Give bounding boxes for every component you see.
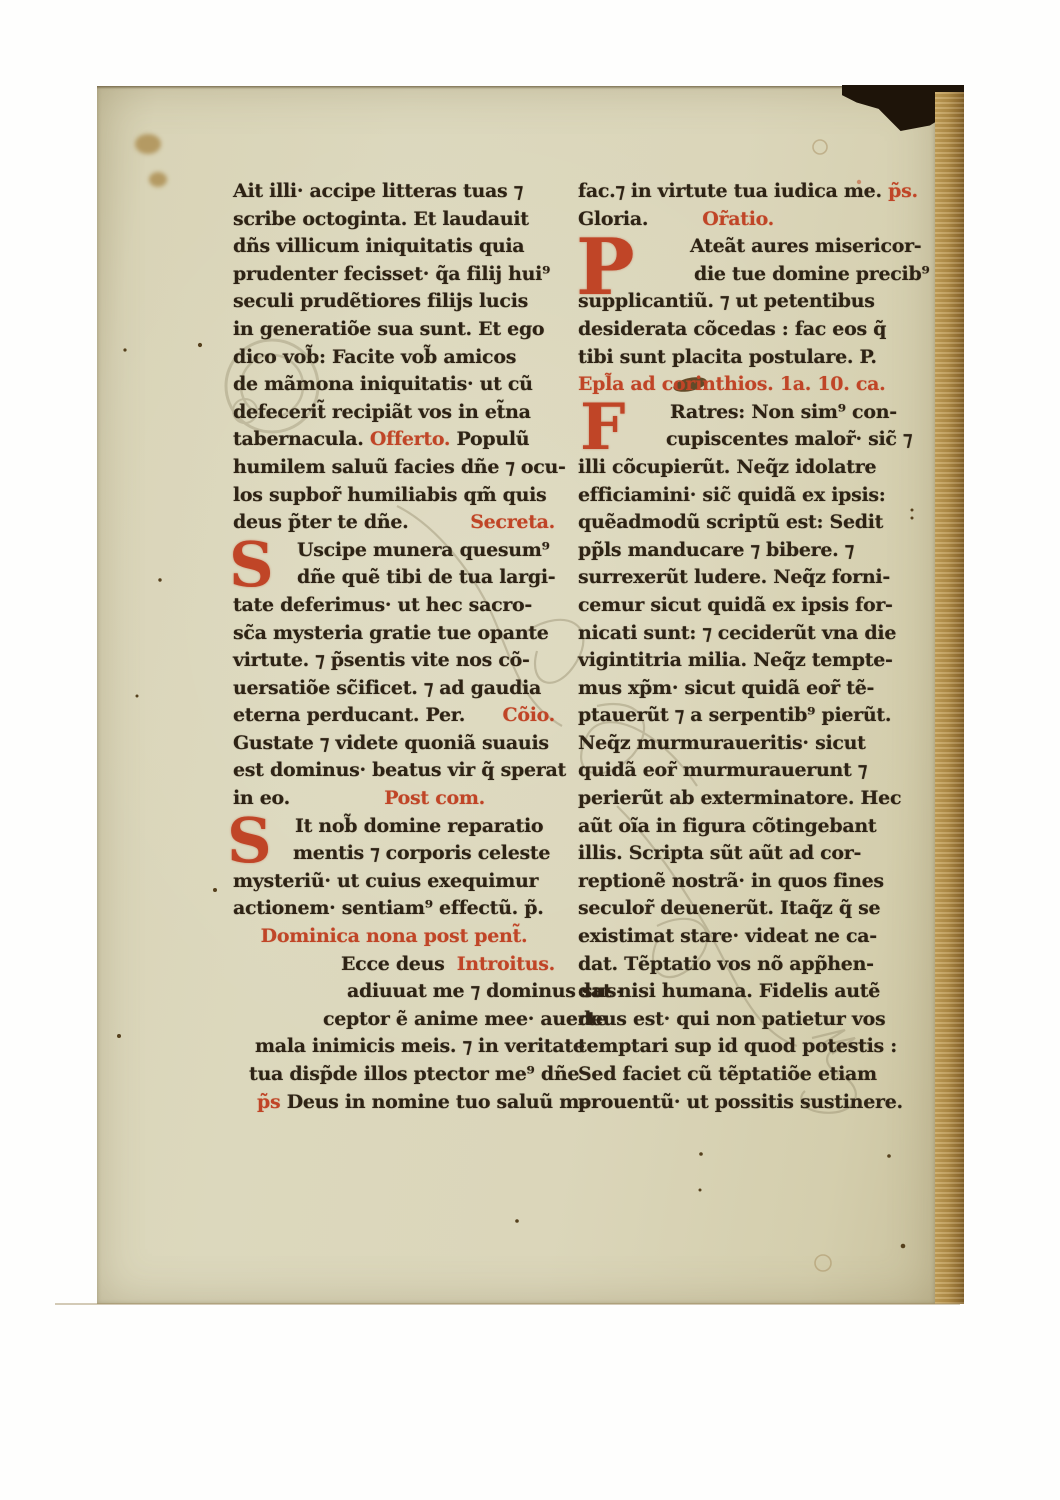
body-text: Ait illi· accipe litteras tuas ⁊ (233, 180, 523, 202)
text-line: prudenter fecisset· q̃a filij hui⁹ (233, 261, 555, 289)
body-text: virtute. ⁊ p̃sentis vite nos cõ- (233, 649, 530, 671)
text-line: dico vob̃: Facite vob̃ amicos (233, 344, 555, 372)
text-column-left: Ait illi· accipe litteras tuas ⁊scribe o… (233, 178, 555, 1116)
text-line: dñs villicum iniquitatis quia (233, 233, 555, 261)
drop-cap-initial-F: F (580, 396, 625, 460)
body-text: Ateãt aures misericor- (690, 235, 921, 257)
body-text: Ratres: Non sim⁹ con- (670, 401, 897, 423)
text-line: sc̃a mysteria gratie tue opante (233, 620, 555, 648)
text-line: prouentũ· ut possitis sustinere. (578, 1089, 892, 1117)
rubric-text: Dominica nona post pent̃. (261, 925, 528, 947)
text-line: uersatiõe sc̃ificet. ⁊ ad gaudia (233, 675, 555, 703)
text-line: nicati sunt: ⁊ ceciderũt vna die (578, 620, 892, 648)
text-line: Uscipe munera quesum⁹ (233, 537, 555, 565)
text-line: tibi sunt placita postulare. P. (578, 344, 892, 372)
text-line: mysteriũ· ut cuius exequimur (233, 868, 555, 896)
text-line: eterna perducant. Per.Cõio. (233, 702, 555, 730)
rubric-text: Post com. (384, 787, 485, 809)
body-text: mala inimicis meis. ⁊ in veritate (255, 1035, 585, 1057)
body-text: It nob̃ domine reparatio (295, 815, 543, 837)
photograph-background: Ait illi· accipe litteras tuas ⁊scribe o… (0, 0, 1060, 1500)
rubric-text: p̃s (257, 1091, 287, 1113)
rubric-text: Introitus. (457, 953, 555, 975)
body-text: cemur sicut quidã ex ipsis for- (578, 594, 893, 616)
body-text: fac.⁊ in virtute tua iudica me. (578, 180, 882, 202)
body-text: quẽadmodũ scriptũ est: Sedit (578, 511, 883, 533)
rubric-text: p̃s. (882, 180, 918, 202)
text-line: los supbor̃ humiliabis qm̃ quis (233, 482, 555, 510)
text-line: surrexerũt ludere. Neq̃z forni- (578, 564, 892, 592)
body-text: actionem· sentiam⁹ effectũ. p̃. (233, 897, 544, 919)
body-text: Populũ (450, 428, 529, 450)
text-column-right: fac.⁊ in virtute tua iudica me. p̃s.Glor… (578, 178, 892, 1116)
body-text: dat nisi humana. Fidelis autẽ (578, 980, 880, 1002)
body-text: mysteriũ· ut cuius exequimur (233, 870, 538, 892)
drop-cap-initial-S: S (229, 534, 273, 596)
text-line: p̃s Deus in nomine tuo saluũ me (233, 1089, 555, 1117)
body-text: cupiscentes malor̃· sic̃ ⁊ (666, 428, 912, 450)
body-text: defecerit̃ recipiãt vos in et̃na (233, 401, 531, 423)
text-line: desiderata cõcedas : fac eos q̃ (578, 316, 892, 344)
body-text: aũt oĩa in figura cõtingebant (578, 815, 876, 837)
text-line: quidã eor̃ murmurauerunt ⁊ (578, 757, 892, 785)
text-line: tua disp̃de illos ptector me⁹ dñe (233, 1061, 555, 1089)
rubric-text: Or̃atio. (702, 208, 774, 230)
body-text: tua disp̃de illos ptector me⁹ dñe (249, 1063, 579, 1085)
body-text: illis. Scripta sũt aũt ad cor- (578, 842, 861, 864)
body-text: tate deferimus· ut hec sacro- (233, 594, 532, 616)
text-line: in eo.Post com. (233, 785, 555, 813)
foxing-smudge (149, 172, 167, 187)
body-text: prouentũ· ut possitis sustinere. (578, 1091, 903, 1113)
text-line: Dominica nona post pent̃. (233, 923, 555, 951)
text-line: cemur sicut quidã ex ipsis for- (578, 592, 892, 620)
body-text: Uscipe munera quesum⁹ (297, 539, 550, 561)
body-text: dñe quẽ tibi de tua largi- (297, 566, 555, 588)
text-line: seculi prudẽtiores filijs lucis (233, 288, 555, 316)
text-line: Gustate ⁊ videte quoniã suauis (233, 730, 555, 758)
foxing-smudge (135, 134, 161, 154)
text-line: de mãmona iniquitatis· ut cũ (233, 371, 555, 399)
text-line: existimat stare· videat ne ca- (578, 923, 892, 951)
text-line: scribe octoginta. Et laudauit (233, 206, 555, 234)
text-line: efficiamini· sic̃ quidã ex ipsis: (578, 482, 892, 510)
text-line: vigintitria milia. Neq̃z tempte- (578, 647, 892, 675)
book-page: Ait illi· accipe litteras tuas ⁊scribe o… (97, 86, 935, 1304)
text-line: reptionẽ nostrã· in quos fines (578, 868, 892, 896)
text-line: dat nisi humana. Fidelis autẽ (578, 978, 892, 1006)
text-line: seculor̃ deuenerũt. Itaq̃z q̃ se (578, 895, 892, 923)
text-line: tate deferimus· ut hec sacro- (233, 592, 555, 620)
text-line: dñe quẽ tibi de tua largi- (233, 564, 555, 592)
body-text: de mãmona iniquitatis· ut cũ (233, 373, 533, 395)
body-text: surrexerũt ludere. Neq̃z forni- (578, 566, 890, 588)
body-text: efficiamini· sic̃ quidã ex ipsis: (578, 484, 886, 506)
body-text: eterna perducant. Per. (233, 704, 465, 726)
body-text: dñs villicum iniquitatis quia (233, 235, 524, 257)
text-line: adiuuat me ⁊ dominus sus- (233, 978, 555, 1006)
drop-cap-initial-S: S (227, 810, 271, 872)
body-text: seculi prudẽtiores filijs lucis (233, 290, 528, 312)
body-text: perierũt ab exterminatore. Hec (578, 787, 901, 809)
text-line: quẽadmodũ scriptũ est: Sedit (578, 509, 892, 537)
text-line: perierũt ab exterminatore. Hec (578, 785, 892, 813)
body-text: temptari sup id quod potestis : (578, 1035, 897, 1057)
body-text: est dominus· beatus vir q̃ sperat (233, 759, 566, 781)
text-line: humilem saluũ facies dñe ⁊ ocu- (233, 454, 555, 482)
text-line: mentis ⁊ corporis celeste (233, 840, 555, 868)
text-line: It nob̃ domine reparatio (233, 813, 555, 841)
body-text: mentis ⁊ corporis celeste (293, 842, 550, 864)
text-line: mala inimicis meis. ⁊ in veritate (233, 1033, 555, 1061)
text-line: in generatiõe sua sunt. Et ego (233, 316, 555, 344)
text-line: deus est· qui non patietur vos (578, 1006, 892, 1034)
text-line: deus p̃ter te dñe.Secreta. (233, 509, 555, 537)
body-text: dat. Tẽptatio vos nõ app̃hen- (578, 953, 874, 975)
body-text: Ecce deus (341, 953, 445, 975)
text-line: defecerit̃ recipiãt vos in et̃na (233, 399, 555, 427)
text-line: Ait illi· accipe litteras tuas ⁊ (233, 178, 555, 206)
rubric-text: Offerto. (370, 428, 450, 450)
text-line: Neq̃z murmuraueritis· sicut (578, 730, 892, 758)
body-text: in generatiõe sua sunt. Et ego (233, 318, 544, 340)
body-text: mus xp̃m· sicut quidã eor̃ tẽ- (578, 677, 874, 699)
rubric-text: Secreta. (470, 511, 555, 533)
text-line: actionem· sentiam⁹ effectũ. p̃. (233, 895, 555, 923)
body-text: existimat stare· videat ne ca- (578, 925, 877, 947)
body-text: tibi sunt placita postulare. P. (578, 346, 877, 368)
text-line: virtute. ⁊ p̃sentis vite nos cõ- (233, 647, 555, 675)
body-text: sc̃a mysteria gratie tue opante (233, 622, 549, 644)
body-text: deus est· qui non patietur vos (578, 1008, 885, 1030)
rubric-text: Cõio. (503, 704, 555, 726)
text-line: ptauerũt ⁊ a serpentib⁹ pierũt. (578, 702, 892, 730)
body-text: pp̃ls manducare ⁊ bibere. ⁊ (578, 539, 854, 561)
body-text: nicati sunt: ⁊ ceciderũt vna die (578, 622, 896, 644)
body-text: prudenter fecisset· q̃a filij hui⁹ (233, 263, 550, 285)
text-line: est dominus· beatus vir q̃ sperat (233, 757, 555, 785)
text-line: Epl̃a ad corinthios. 1a. 10. ca. (578, 371, 892, 399)
drop-cap-initial-P: P (576, 229, 634, 307)
body-text: Neq̃z murmuraueritis· sicut (578, 732, 866, 754)
text-line: illis. Scripta sũt aũt ad cor- (578, 840, 892, 868)
text-line: tabernacula. Offerto. Populũ (233, 426, 555, 454)
fore-edge-leaves (935, 92, 964, 1304)
text-line: mus xp̃m· sicut quidã eor̃ tẽ- (578, 675, 892, 703)
body-text: Gustate ⁊ videte quoniã suauis (233, 732, 549, 754)
body-text: vigintitria milia. Neq̃z tempte- (578, 649, 893, 671)
body-text: scribe octoginta. Et laudauit (233, 208, 529, 230)
body-text: reptionẽ nostrã· in quos fines (578, 870, 884, 892)
text-line: temptari sup id quod potestis : (578, 1033, 892, 1061)
text-line: aũt oĩa in figura cõtingebant (578, 813, 892, 841)
text-line: pp̃ls manducare ⁊ bibere. ⁊ (578, 537, 892, 565)
text-line: dat. Tẽptatio vos nõ app̃hen- (578, 951, 892, 979)
body-text: ptauerũt ⁊ a serpentib⁹ pierũt. (578, 704, 891, 726)
body-text: seculor̃ deuenerũt. Itaq̃z q̃ se (578, 897, 880, 919)
body-text: humilem saluũ facies dñe ⁊ ocu- (233, 456, 566, 478)
body-text: dico vob̃: Facite vob̃ amicos (233, 346, 516, 368)
body-text: uersatiõe sc̃ificet. ⁊ ad gaudia (233, 677, 541, 699)
body-text: quidã eor̃ murmurauerunt ⁊ (578, 759, 867, 781)
text-line: fac.⁊ in virtute tua iudica me. p̃s. (578, 178, 892, 206)
body-text: Sed faciet cũ tẽptatiõe etiam (578, 1063, 877, 1085)
text-line: Ecce deusIntroitus. (233, 951, 555, 979)
text-line: ceptor ẽ anime mee· auerte (233, 1006, 555, 1034)
body-text: ceptor ẽ anime mee· auerte (323, 1008, 608, 1030)
body-text: desiderata cõcedas : fac eos q̃ (578, 318, 886, 340)
text-line: Sed faciet cũ tẽptatiõe etiam (578, 1061, 892, 1089)
body-text: los supbor̃ humiliabis qm̃ quis (233, 484, 546, 506)
body-text: tabernacula. (233, 428, 370, 450)
body-text: Deus in nomine tuo saluũ me (287, 1091, 591, 1113)
body-text: die tue domine precib⁹ (694, 263, 929, 285)
